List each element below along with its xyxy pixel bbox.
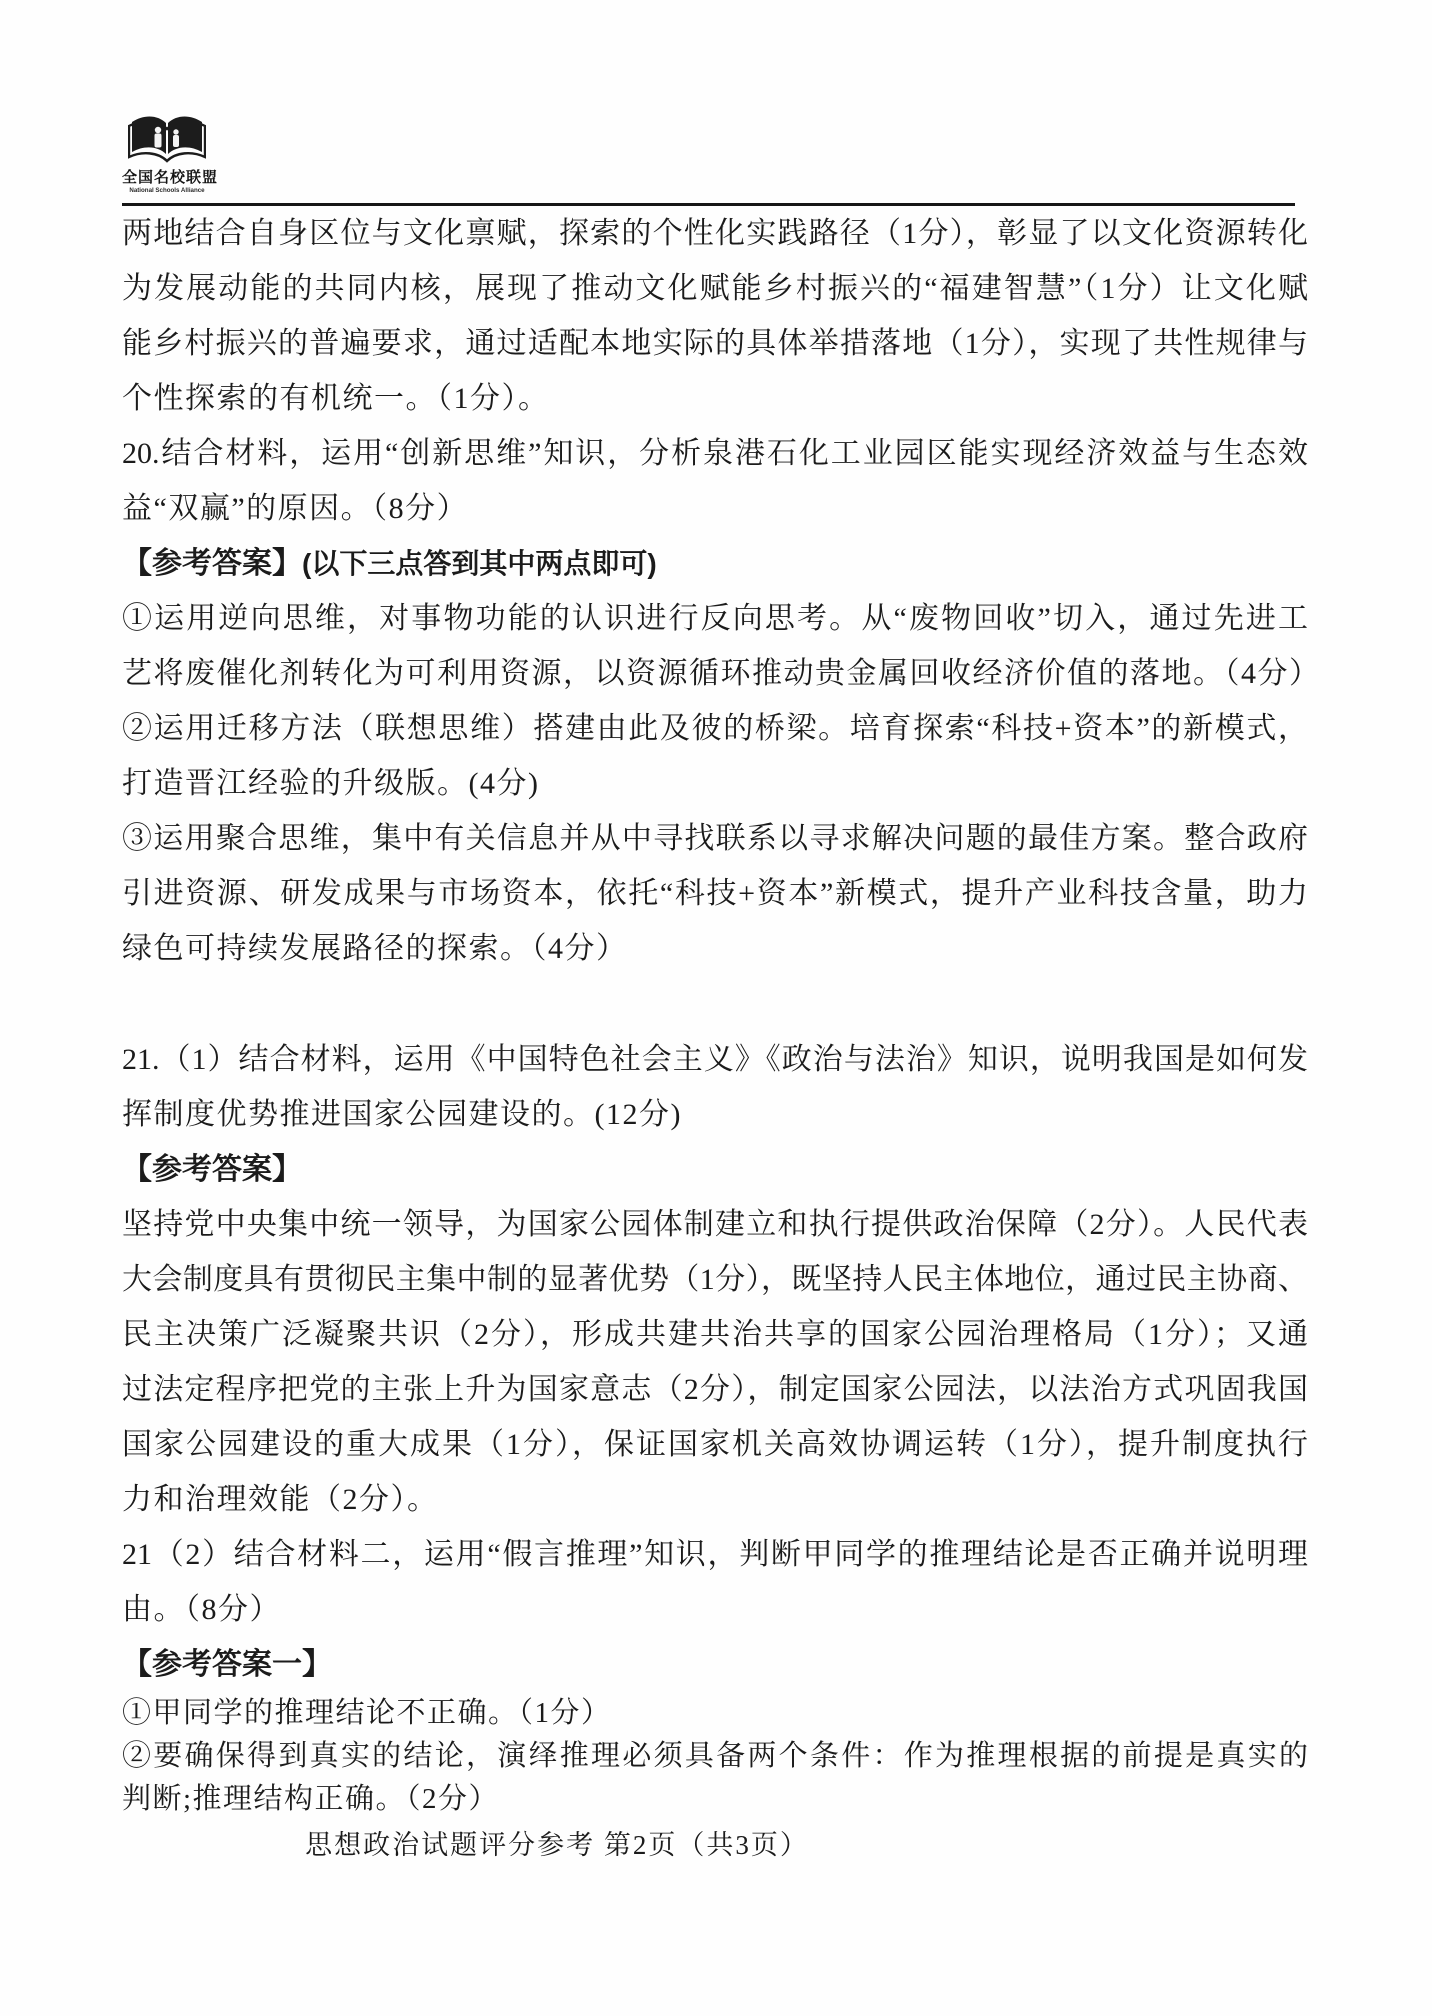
answer-paragraph: 坚持党中央集中统一领导，为国家公园体制建立和执行提供政治保障（2分）。人民代表 … (122, 1197, 1308, 1527)
text-line: 为发展动能的共同内核，展现了推动文化赋能乡村振兴的“福建智慧”（1分）让文化赋 (122, 261, 1308, 316)
answer-header-label: 【参考答案】 (122, 1153, 302, 1186)
text-line: 力和治理效能（2分）。 (122, 1472, 1308, 1527)
document-body: 两地结合自身区位与文化禀赋，探索的个性化实践路径（1分），彰显了以文化资源转化 … (122, 206, 1308, 1821)
text-line: 个性探索的有机统一。（1分）。 (122, 371, 1308, 426)
text-line: 能乡村振兴的普遍要求，通过适配本地实际的具体举措落地（1分），实现了共性规律与 (122, 316, 1308, 371)
alliance-logo: 全国名校联盟 National Schools Alliance (122, 112, 212, 195)
text-line: ①甲同学的推理结论不正确。（1分） (122, 1692, 1308, 1735)
answer-point-2: ②运用迁移方法（联想思维）搭建由此及彼的桥梁。培育探索“科技+资本”的新模式， … (122, 701, 1308, 811)
text-line: 判断;推理结构正确。（2分） (122, 1778, 1308, 1821)
question-21-2: 21（2）结合材料二，运用“假言推理”知识，判断甲同学的推理结论是否正确并说明理… (122, 1527, 1308, 1821)
text-line: ②要确保得到真实的结论，演绎推理必须具备两个条件：作为推理根据的前提是真实的 (122, 1735, 1308, 1778)
question-line: 益“双赢”的原因。（8分） (122, 481, 1308, 536)
text-line: 民主决策广泛凝聚共识（2分），形成共建共治共享的国家公园治理格局（1分）；又通 (122, 1307, 1308, 1362)
question-line: 挥制度优势推进国家公园建设的。(12分) (122, 1087, 1308, 1142)
text-line: ①运用逆向思维，对事物功能的认识进行反向思考。从“废物回收”切入，通过先进工 (122, 591, 1308, 646)
text-line: 坚持党中央集中统一领导，为国家公园体制建立和执行提供政治保障（2分）。人民代表 (122, 1197, 1308, 1252)
question-20: 20.结合材料，运用“创新思维”知识，分析泉港石化工业园区能实现经济效益与生态效… (122, 426, 1308, 976)
reference-answer-heading: 【参考答案】 (122, 1142, 1308, 1197)
logo-subtitle: National Schools Alliance (124, 187, 210, 195)
answer-paragraph: ①甲同学的推理结论不正确。（1分） ②要确保得到真实的结论，演绎推理必须具备两个… (122, 1692, 1308, 1821)
logo-title: 全国名校联盟 (122, 169, 212, 187)
answer-header-label: 【参考答案】 (122, 547, 302, 580)
text-line: 艺将废催化剂转化为可利用资源，以资源循环推动贵金属回收经济价值的落地。（4分） (122, 646, 1308, 701)
reference-answer-heading: 【参考答案】(以下三点答到其中两点即可) (122, 536, 1308, 591)
answer-header-label: 【参考答案一】 (122, 1648, 332, 1681)
text-line: 打造晋江经验的升级版。(4分) (122, 756, 1308, 811)
question-line: 21（2）结合材料二，运用“假言推理”知识，判断甲同学的推理结论是否正确并说明理 (122, 1527, 1308, 1582)
answer-point-3: ③运用聚合思维，集中有关信息并从中寻找联系以寻求解决问题的最佳方案。整合政府 引… (122, 811, 1308, 976)
text-line: ③运用聚合思维，集中有关信息并从中寻找联系以寻求解决问题的最佳方案。整合政府 (122, 811, 1308, 866)
text-line: ②运用迁移方法（联想思维）搭建由此及彼的桥梁。培育探索“科技+资本”的新模式， (122, 701, 1308, 756)
reference-answer-heading: 【参考答案一】 (122, 1637, 1308, 1692)
text-line: 过法定程序把党的主张上升为国家意志（2分），制定国家公园法，以法治方式巩固我国 (122, 1362, 1308, 1417)
question-21-1: 21.（1）结合材料，运用《中国特色社会主义》《政治与法治》知识，说明我国是如何… (122, 1032, 1308, 1527)
question-line: 20.结合材料，运用“创新思维”知识，分析泉港石化工业园区能实现经济效益与生态效 (122, 426, 1308, 481)
answer-point-1: ①运用逆向思维，对事物功能的认识进行反向思考。从“废物回收”切入，通过先进工 艺… (122, 591, 1308, 701)
text-line: 国家公园建设的重大成果（1分），保证国家机关高效协调运转（1分），提升制度执行 (122, 1417, 1308, 1472)
document-page: 全国名校联盟 National Schools Alliance 两地结合自身区… (0, 0, 1432, 2016)
page-footer: 思想政治试题评分参考 第2页（共3页） (122, 1825, 992, 1865)
text-line: 大会制度具有贯彻民主集中制的显著优势（1分），既坚持人民主体地位，通过民主协商、 (122, 1252, 1308, 1307)
text-line: 绿色可持续发展路径的探索。（4分） (122, 921, 1308, 976)
open-book-icon (128, 112, 206, 164)
answer-continuation-paragraph: 两地结合自身区位与文化禀赋，探索的个性化实践路径（1分），彰显了以文化资源转化 … (122, 206, 1308, 426)
text-line: 引进资源、研发成果与市场资本，依托“科技+资本”新模式，提升产业科技含量，助力 (122, 866, 1308, 921)
section-gap (122, 976, 1308, 1032)
question-line: 21.（1）结合材料，运用《中国特色社会主义》《政治与法治》知识，说明我国是如何… (122, 1032, 1308, 1087)
page-header: 全国名校联盟 National Schools Alliance (0, 0, 1432, 195)
text-line: 两地结合自身区位与文化禀赋，探索的个性化实践路径（1分），彰显了以文化资源转化 (122, 206, 1308, 261)
question-line: 由。（8分） (122, 1582, 1308, 1637)
answer-note: (以下三点答到其中两点即可) (302, 548, 657, 579)
